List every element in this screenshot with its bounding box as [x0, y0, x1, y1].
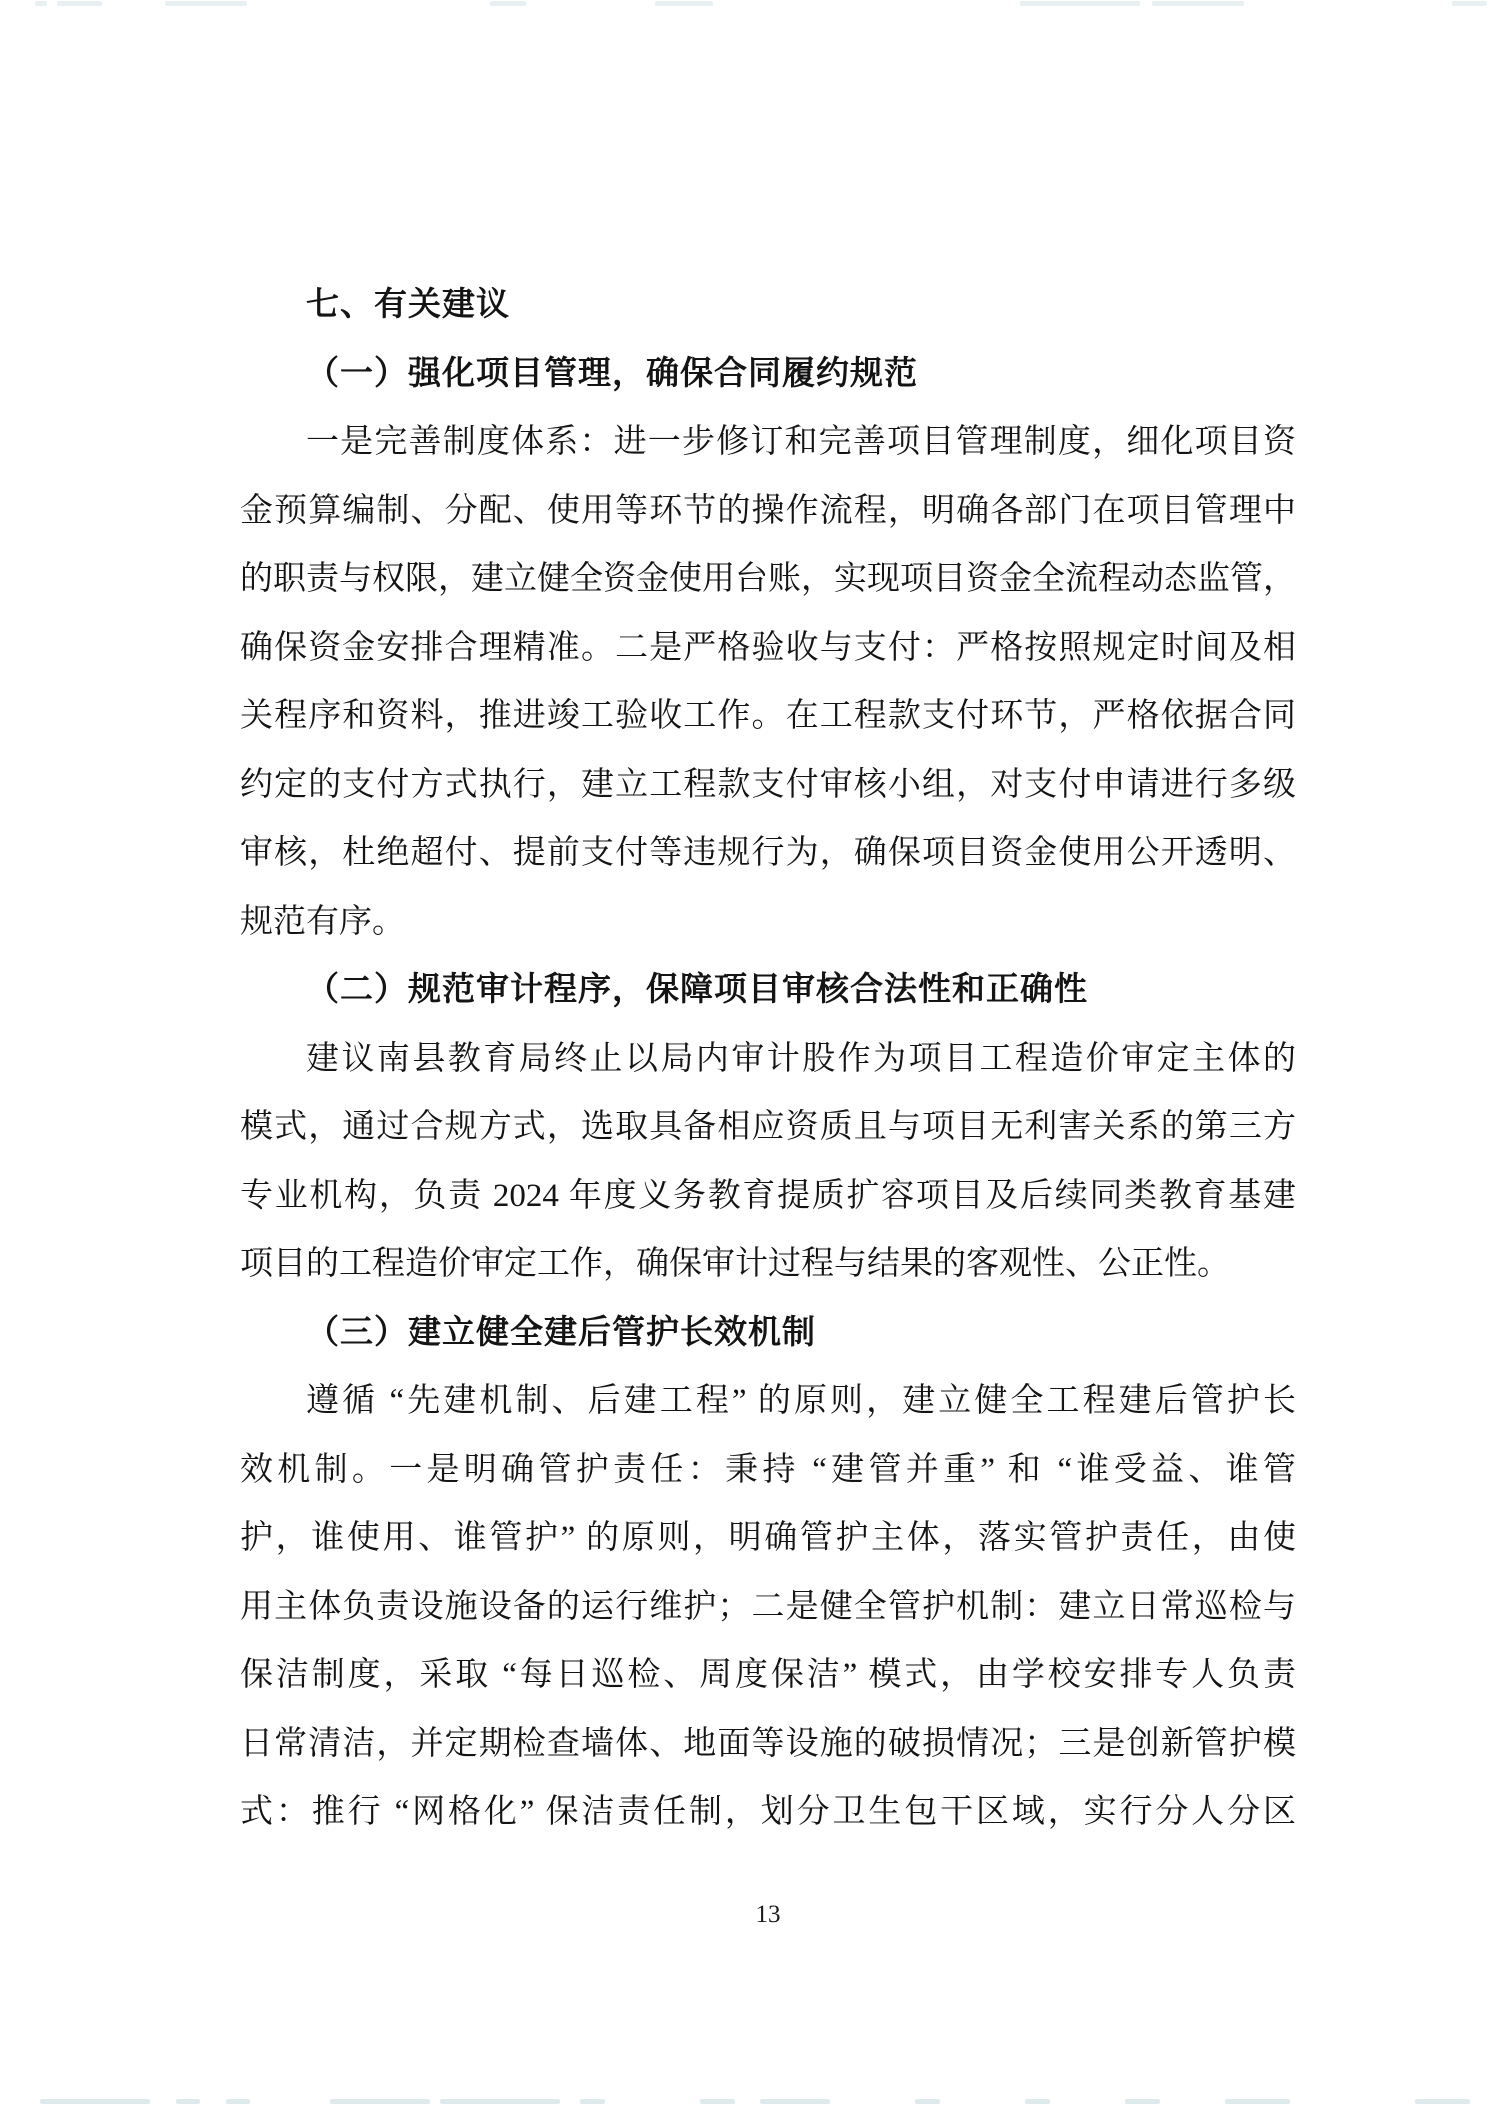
text-line: 一是完善制度体系：进一步修订和完善项目管理制度，细化项目资	[240, 408, 1296, 477]
text-line: 建议南县教育局终止以局内审计股作为项目工程造价审定主体的	[240, 1025, 1296, 1094]
document-body: 七、有关建议（一）强化项目管理，确保合同履约规范一是完善制度体系：进一步修订和完…	[240, 271, 1296, 1847]
text-line: 专业机构，负责 2024 年度义务教育提质扩容项目及后续同类教育基建	[240, 1162, 1296, 1231]
text-line: 用主体负责设施设备的运行维护；二是健全管护机制：建立日常巡检与	[240, 1573, 1296, 1642]
text-line: 的职责与权限，建立健全资金使用台账，实现项目资金全流程动态监管，	[240, 545, 1296, 614]
section-heading: （二）规范审计程序，保障项目审核合法性和正确性	[240, 956, 1296, 1025]
text-line: 审核，杜绝超付、提前支付等违规行为，确保项目资金使用公开透明、	[240, 819, 1296, 888]
scan-artifact-top	[0, 0, 1487, 7]
text-line: 约定的支付方式执行，建立工程款支付审核小组，对支付申请进行多级	[240, 751, 1296, 820]
page-number: 13	[240, 1898, 1296, 1932]
text-line: 确保资金安排合理精准。二是严格验收与支付：严格按照规定时间及相	[240, 614, 1296, 683]
scan-artifact-bottom	[0, 2098, 1487, 2105]
text-line: 日常清洁，并定期检查墙体、地面等设施的破损情况；三是创新管护模	[240, 1710, 1296, 1779]
section-heading: （一）强化项目管理，确保合同履约规范	[240, 340, 1296, 409]
text-line: 规范有序。	[240, 888, 1296, 957]
text-line: 模式，通过合规方式，选取具备相应资质且与项目无利害关系的第三方	[240, 1093, 1296, 1162]
text-line: 项目的工程造价审定工作，确保审计过程与结果的客观性、公正性。	[240, 1230, 1296, 1299]
text-line: 式：推行 “网格化” 保洁责任制，划分卫生包干区域，实行分人分区	[240, 1778, 1296, 1847]
section-heading: （三）建立健全建后管护长效机制	[240, 1299, 1296, 1368]
text-line: 效机制。一是明确管护责任：秉持 “建管并重” 和 “谁受益、谁管	[240, 1436, 1296, 1505]
text-line: 护，谁使用、谁管护” 的原则，明确管护主体，落实管护责任，由使	[240, 1504, 1296, 1573]
text-line: 遵循 “先建机制、后建工程” 的原则，建立健全工程建后管护长	[240, 1367, 1296, 1436]
text-line: 关程序和资料，推进竣工验收工作。在工程款支付环节，严格依据合同	[240, 682, 1296, 751]
section-heading: 七、有关建议	[240, 271, 1296, 340]
text-line: 金预算编制、分配、使用等环节的操作流程，明确各部门在项目管理中	[240, 477, 1296, 546]
document-page: 七、有关建议（一）强化项目管理，确保合同履约规范一是完善制度体系：进一步修订和完…	[0, 0, 1487, 2105]
text-line: 保洁制度，采取 “每日巡检、周度保洁” 模式，由学校安排专人负责	[240, 1641, 1296, 1710]
